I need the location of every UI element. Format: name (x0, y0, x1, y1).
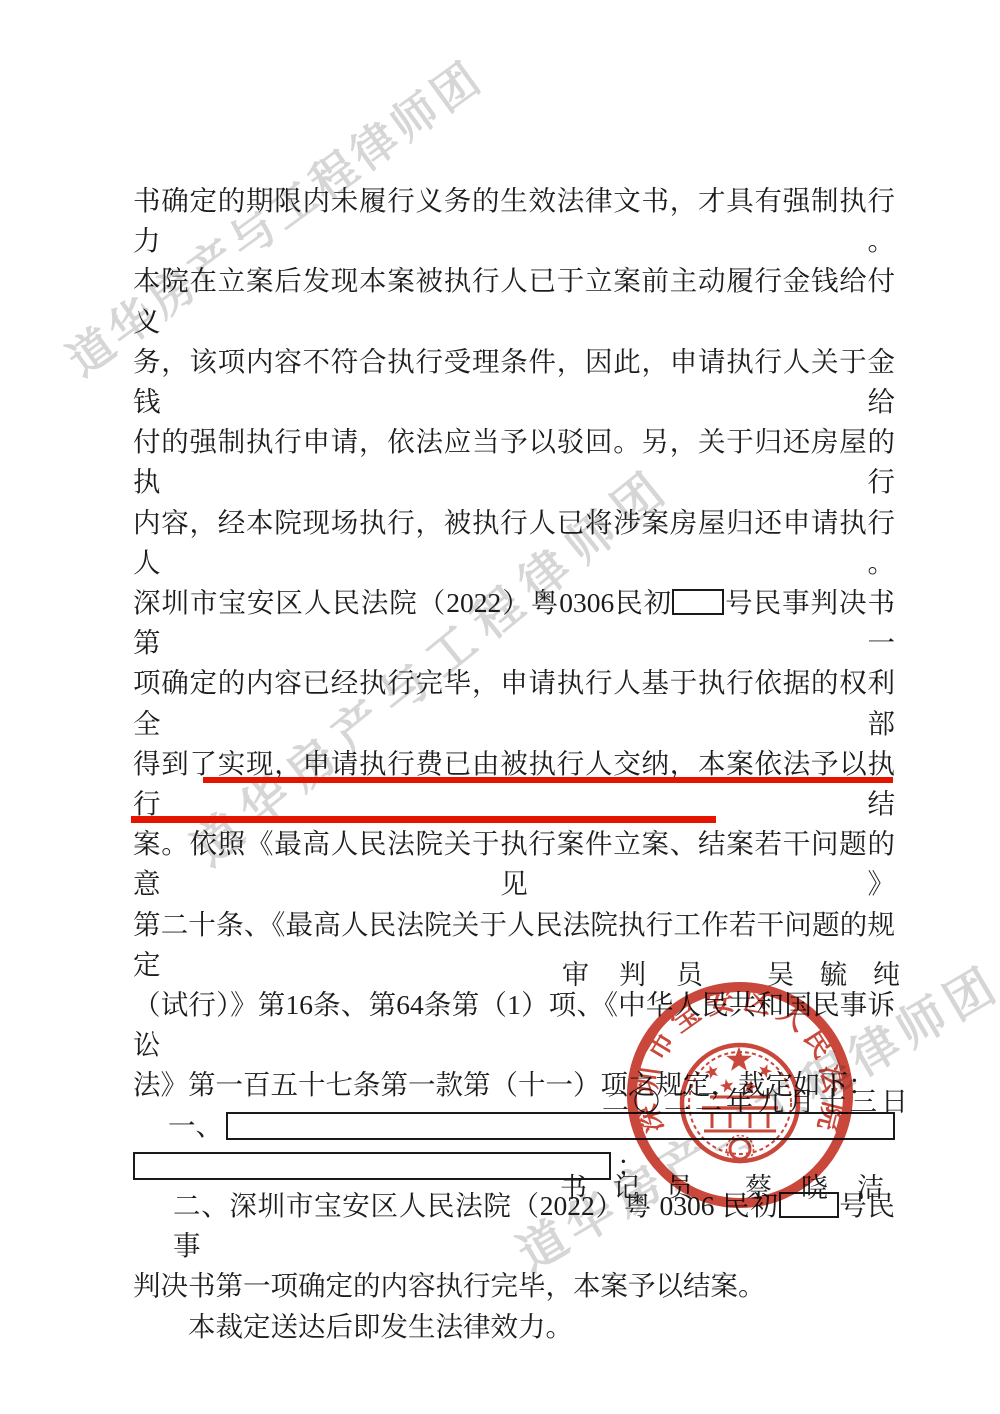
court-ruling-page: 道华房产与工程律师团 道华房产与工程律师团 道华房产与工程律师团 书确定的期限内… (0, 0, 1000, 1414)
body-line: 案。依照《最高人民法院关于执行案件立案、结案若干问题的意见》 (133, 824, 895, 904)
redaction-box (672, 589, 724, 615)
body-line: 付的强制执行申请，依法应当予以驳回。另，关于归还房屋的执行 (133, 422, 895, 502)
court-seal-stamp: 深圳市宝安区人民法院 (610, 965, 870, 1225)
body-line: 内容，经本院现场执行，被执行人已将涉案房屋归还申请执行人。 (133, 503, 895, 583)
body-line: 书确定的期限内未履行义务的生效法律文书，才具有强制执行力。 (133, 181, 895, 261)
body-line: 项确定的内容已经执行完毕，申请执行人基于执行依据的权利全部 (133, 663, 895, 743)
body-line: 本院在立案后发现本案被执行人已于立案前主动履行金钱给付义 (133, 261, 895, 341)
redaction-box (133, 1152, 611, 1180)
gear-icon (727, 1136, 754, 1163)
effectiveness-clause: 本裁定送达后即发生法律效力。 (133, 1307, 895, 1347)
body-line-case-number: 深圳市宝安区人民法院（2022）粤0306民初号民事判决书第一 (133, 583, 895, 663)
ruling-item-2-continued: 判决书第一项确定的内容执行完毕，本案予以结案。 (133, 1266, 895, 1306)
red-underline (203, 777, 893, 783)
body-line: 务，该项内容不符合执行受理条件，因此，申请执行人关于金钱给 (133, 342, 895, 422)
case-number-prefix: 深圳市宝安区人民法院（2022）粤0306民初 (133, 587, 672, 618)
tiananmen-gate-icon (702, 1097, 778, 1131)
body-line: 得到了实现，申请执行费已由被执行人交纳，本案依法予以执行结 (133, 744, 895, 824)
red-underline (131, 816, 716, 823)
item-1-label: 一、 (168, 1106, 223, 1146)
seal-outer-ring (632, 987, 848, 1203)
national-emblem-icon (682, 1045, 798, 1163)
